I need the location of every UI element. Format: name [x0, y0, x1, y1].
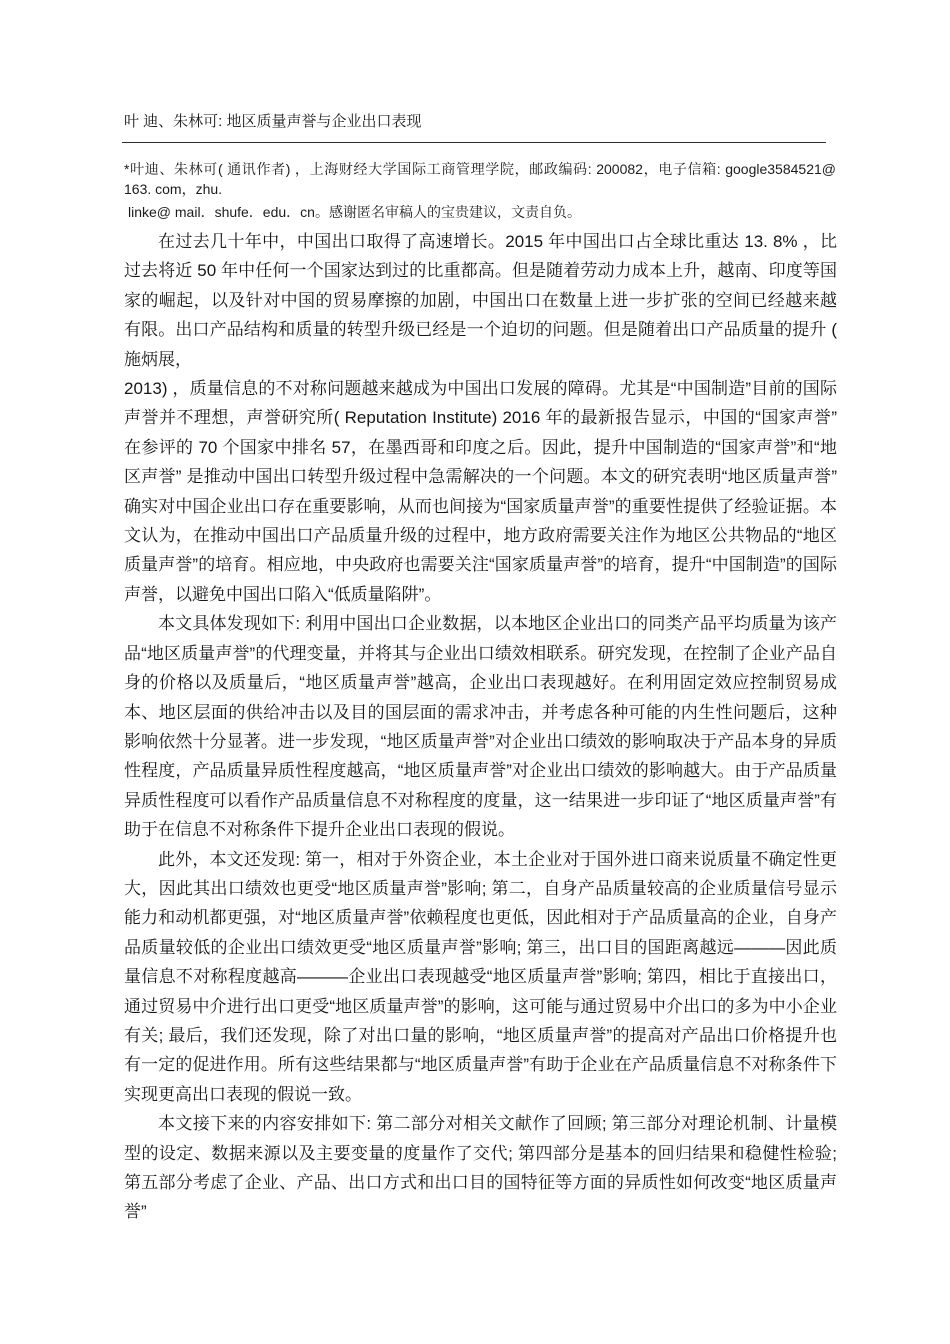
paragraph-intro-part2: 2013) ，质量信息的不对称问题越来越成为中国出口发展的障碍。尤其是“中国制造…: [124, 374, 837, 609]
footnote-email-acknowledgement: linke@ mail．shufe．edu．cn。感谢匿名审稿人的宝贵建议，文责…: [124, 202, 836, 222]
paper-page: 叶 迪、朱林可: 地区质量声誉与企业出口表现 *叶迪、朱林可( 通讯作者) ，上…: [0, 0, 950, 1344]
paragraph-main-findings: 本文具体发现如下: 利用中国出口企业数据，以本地区企业出口的同类产品平均质量为该…: [124, 609, 837, 844]
article-body: 在过去几十年中，中国出口取得了高速增长。2015 年中国出口占全球比重达 13.…: [124, 227, 837, 1227]
paragraph-paper-structure: 本文接下来的内容安排如下: 第二部分对相关文献作了回顾; 第三部分对理论机制、计…: [124, 1109, 837, 1227]
paragraph-additional-findings: 此外，本文还发现: 第一，相对于外资企业，本土企业对于国外进口商来说质量不确定性…: [124, 845, 837, 1110]
footnote-block: *叶迪、朱林可( 通讯作者) ，上海财经大学国际工商管理学院，邮政编码: 200…: [124, 159, 836, 222]
running-header: 叶 迪、朱林可: 地区质量声誉与企业出口表现: [124, 112, 836, 131]
paragraph-intro-part1: 在过去几十年中，中国出口取得了高速增长。2015 年中国出口占全球比重达 13.…: [124, 227, 837, 374]
footnote-authors-affiliation: *叶迪、朱林可( 通讯作者) ，上海财经大学国际工商管理学院，邮政编码: 200…: [124, 159, 836, 199]
header-rule: [122, 142, 826, 143]
